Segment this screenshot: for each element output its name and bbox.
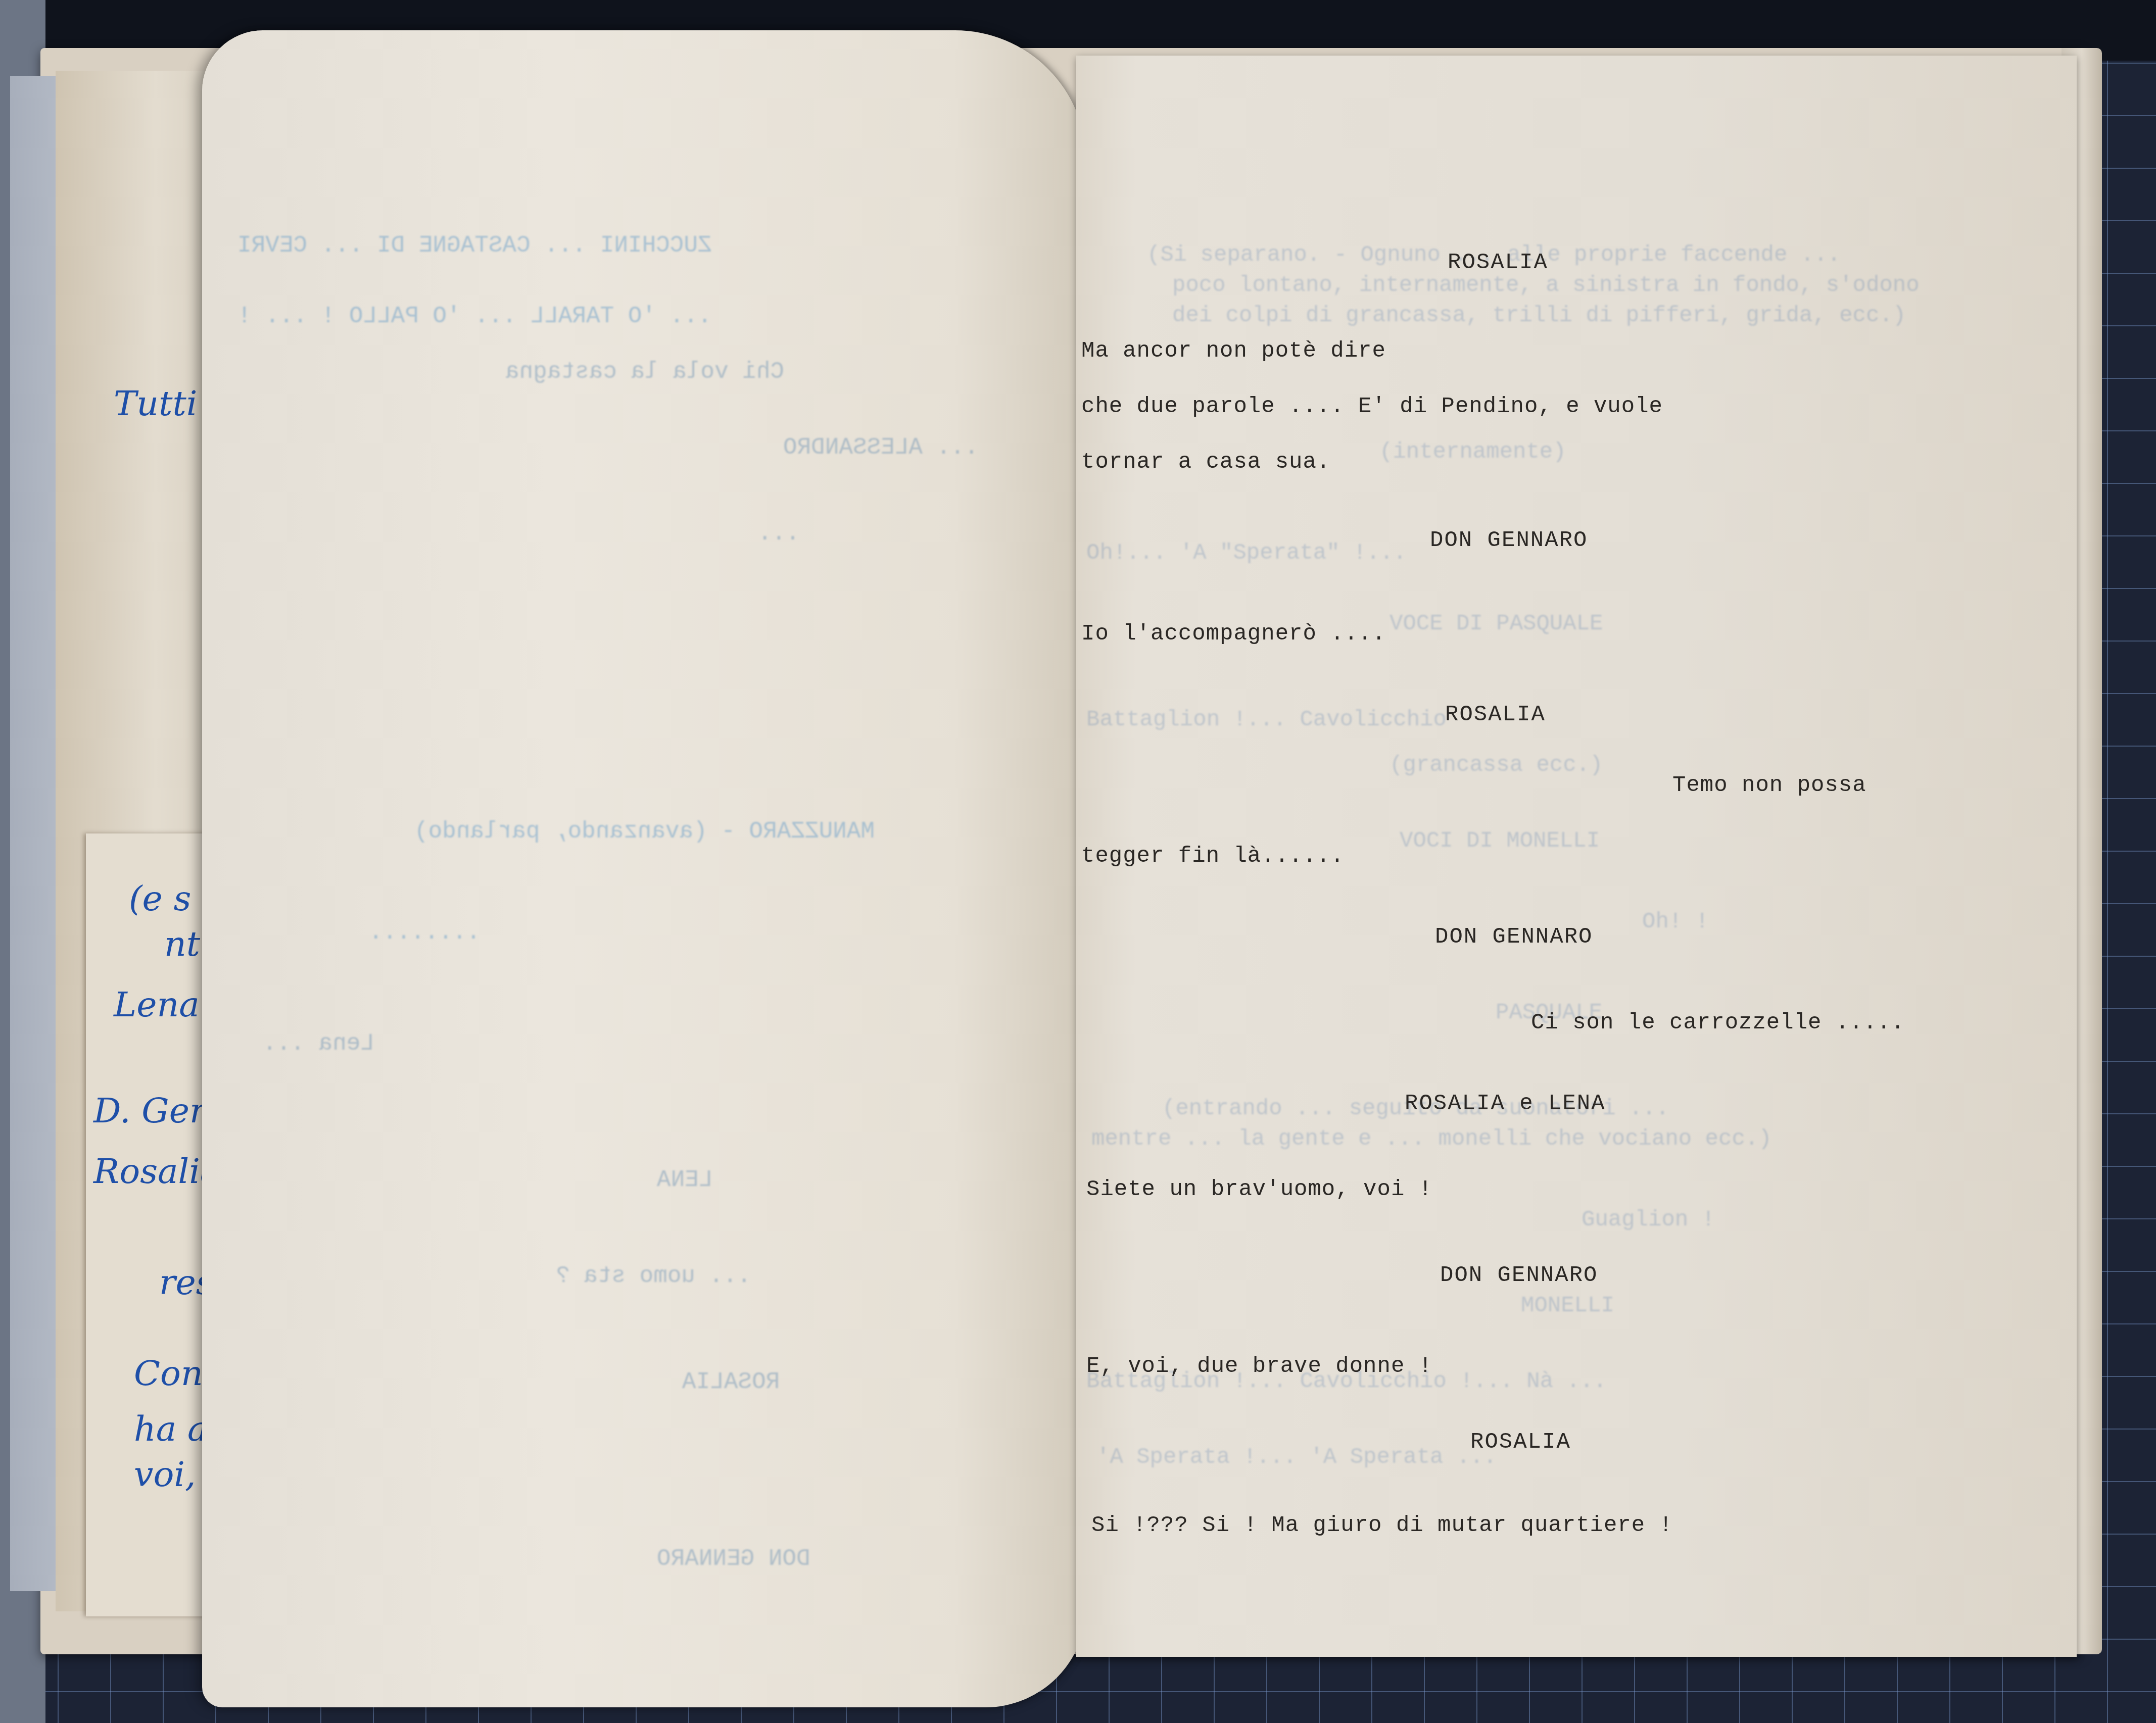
mirrored-show-through-text: LENA xyxy=(657,1167,712,1193)
show-through-text: Oh!... 'A "Sperata" !... xyxy=(1086,540,1407,566)
speaker-name: DON GENNARO xyxy=(1430,528,1588,553)
handwritten-note: voi, xyxy=(134,1455,196,1495)
show-through-text: Guaglion ! xyxy=(1582,1207,1715,1233)
show-through-text: (grancassa ecc.) xyxy=(1390,753,1603,778)
mirrored-show-through-text: ... uomo sta ? xyxy=(556,1263,751,1289)
mirrored-show-through-text: ... ALESSANDRO xyxy=(783,434,978,461)
right-page: (Si separano. - Ognuno ... alle proprie … xyxy=(1076,56,2077,1657)
mirrored-show-through-text: Chi vola la castagna xyxy=(505,359,784,385)
mirrored-show-through-text: ... xyxy=(758,520,800,547)
dialogue-line: che due parole .... E' di Pendino, e vuo… xyxy=(1081,394,1663,419)
left-page: ZUCCHINI ... CASTAGNE DI ... CEVRI... 'O… xyxy=(202,30,1086,1707)
mirrored-show-through-text: DON GENNARO xyxy=(657,1546,810,1572)
dialogue-line: tornar a casa sua. xyxy=(1081,450,1330,475)
speaker-name: ROSALIA e LENA xyxy=(1405,1091,1606,1116)
dialogue-line: Siete un brav'uomo, voi ! xyxy=(1086,1177,1432,1202)
handwritten-note: ha a xyxy=(134,1409,208,1449)
dialogue-line: Ci son le carrozzelle ..... xyxy=(1531,1010,1905,1036)
dialogue-line: Temo non possa xyxy=(1672,773,1866,798)
mirrored-show-through-text: Lena ... xyxy=(263,1030,374,1057)
show-through-text: (internamente) xyxy=(1379,439,1566,465)
speaker-name: ROSALIA xyxy=(1448,250,1548,275)
dialogue-line: Ma ancor non potè dire xyxy=(1081,338,1386,364)
show-through-text: poco lontano, internamente, a sinistra i… xyxy=(1172,273,1920,298)
handwritten-note: (e s xyxy=(129,879,191,919)
show-through-text: Oh! ! xyxy=(1642,909,1709,934)
dialogue-line: E, voi, due brave donne ! xyxy=(1086,1354,1432,1379)
speaker-name: DON GENNARO xyxy=(1435,924,1593,950)
speaker-name: ROSALIA xyxy=(1470,1430,1571,1455)
dialogue-line: tegger fin là...... xyxy=(1081,844,1345,869)
show-through-text: 'A Sperata !... 'A Sperata ... xyxy=(1096,1445,1497,1470)
handwritten-note: Rosalia xyxy=(93,1152,221,1192)
show-through-text: VOCE DI PASQUALE xyxy=(1390,611,1603,636)
mirrored-show-through-text: ROSALIA xyxy=(682,1369,780,1395)
handwritten-note: nt xyxy=(164,924,200,964)
speaker-name: ROSALIA xyxy=(1445,702,1546,727)
show-through-text: VOCI DI MONELLI xyxy=(1400,828,1600,854)
mirrored-show-through-text: MANUZZARO - (avanzando, parlando) xyxy=(414,818,875,845)
handwritten-note: Con xyxy=(134,1354,203,1394)
speaker-name: DON GENNARO xyxy=(1440,1263,1598,1288)
show-through-text: MONELLI xyxy=(1521,1293,1614,1318)
mirrored-show-through-text: ZUCCHINI ... CASTAGNE DI ... CEVRI xyxy=(237,232,712,259)
mirrored-show-through-text: ... 'O TARALL ... 'O PALLO ! ... ! xyxy=(237,303,712,329)
dialogue-line: Io l'accompagnerò .... xyxy=(1081,621,1386,647)
show-through-text: Battaglion !... Cavolicchio xyxy=(1086,707,1447,732)
show-through-text: dei colpi di grancassa, trilli di piffer… xyxy=(1172,303,1906,328)
mirrored-show-through-text: ........ xyxy=(369,919,481,946)
show-through-text: mentre ... la gente e ... monelli che vo… xyxy=(1091,1126,1772,1152)
dialogue-line: Si !??? Si ! Ma giuro di mutar quartiere… xyxy=(1091,1513,1673,1538)
